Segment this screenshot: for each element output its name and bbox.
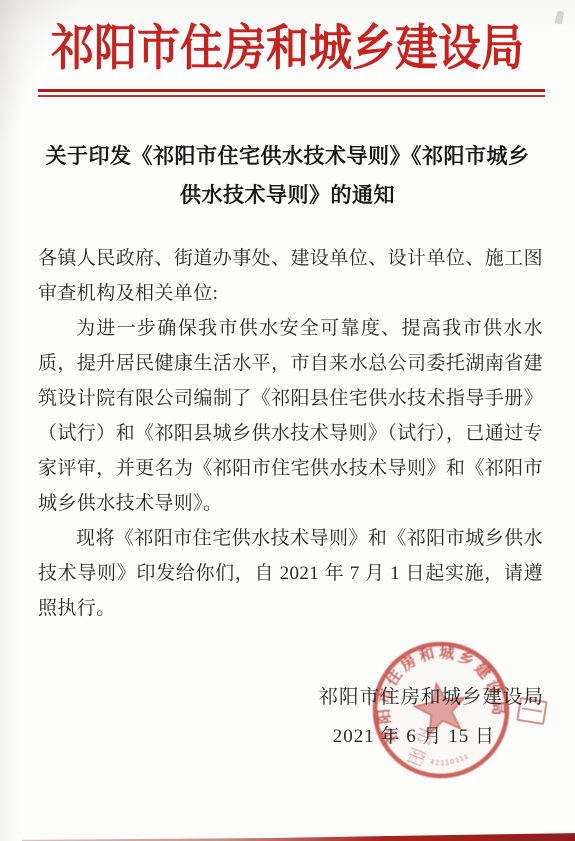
document-title-line-1: 关于印发《祁阳市住宅供水技术导则》《祁阳市城乡 (0, 137, 575, 176)
document-title: 关于印发《祁阳市住宅供水技术导则》《祁阳市城乡 供水技术导则》的通知 (0, 137, 575, 215)
seal-ghost-imprint-mark (516, 697, 547, 725)
salutation: 各镇人民政府、街道办事处、建设单位、设计单位、施工图审查机构及相关单位: (38, 241, 543, 311)
document-page: 祁阳市住房和城乡建设局 关于印发《祁阳市住宅供水技术导则》《祁阳市城乡 供水技术… (0, 0, 575, 841)
official-seal-stamp: 祁阳市住房和城乡建设局 42110111 (343, 612, 540, 809)
letterhead-bureau-title: 祁阳市住房和城乡建设局 (0, 10, 575, 80)
document-body: 各镇人民政府、街道办事处、建设单位、设计单位、施工图审查机构及相关单位: 为进一… (38, 241, 543, 626)
document-title-line-2: 供水技术导则》的通知 (0, 176, 575, 215)
letterhead-divider-rule (38, 89, 545, 97)
paragraph-2: 现将《祁阳市住宅供水技术导则》和《祁阳市城乡供水技术导则》印发给你们，自 202… (38, 521, 543, 626)
paragraph-1: 为进一步确保我市供水安全可靠度、提高我市供水水质，提升居民健康生活水平，市自来水… (38, 311, 543, 521)
photo-bottom-edge-artifact (22, 832, 575, 841)
